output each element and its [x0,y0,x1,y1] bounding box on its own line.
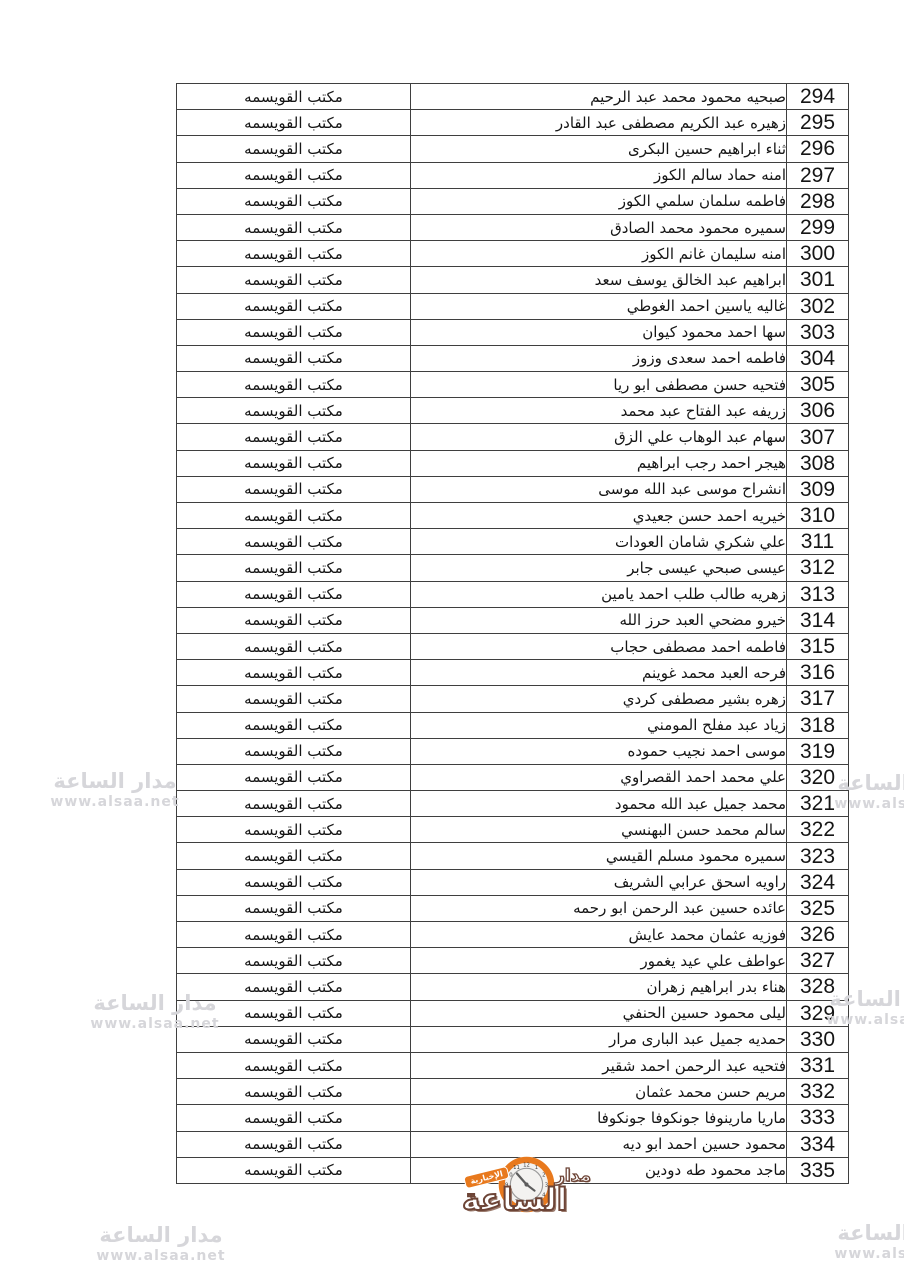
table-row: 325عائده حسين عبد الرحمن ابو رحمهمكتب ال… [177,895,849,921]
row-office-cell: مكتب القويسمه [177,1131,411,1157]
table-row: 322سالم محمد حسن البهنسيمكتب القويسمه [177,817,849,843]
row-name-cell: علي محمد احمد القصراوي [411,764,787,790]
table-row: 294صبحيه محمود محمد عبد الرحيممكتب القوي… [177,84,849,110]
records-table: 294صبحيه محمود محمد عبد الرحيممكتب القوي… [176,83,849,1184]
row-number-cell: 325 [787,895,849,921]
watermark: مدار الساعة www.alsaa.net [40,768,190,812]
row-number-cell: 301 [787,267,849,293]
row-number-cell: 320 [787,764,849,790]
row-office-cell: مكتب القويسمه [177,214,411,240]
row-office-cell: مكتب القويسمه [177,319,411,345]
row-number-cell: 334 [787,1131,849,1157]
row-office-cell: مكتب القويسمه [177,1052,411,1078]
table-row: 298فاطمه سلمان سلمي الكوزمكتب القويسمه [177,188,849,214]
row-number-cell: 324 [787,869,849,895]
table-row: 308هيجر احمد رجب ابراهيممكتب القويسمه [177,450,849,476]
row-name-cell: فتحيه حسن مصطفى ابو ريا [411,372,787,398]
row-name-cell: فوزيه عثمان محمد عايش [411,922,787,948]
table-row: 331فتحيه عبد الرحمن احمد شقيرمكتب القويس… [177,1052,849,1078]
row-office-cell: مكتب القويسمه [177,712,411,738]
row-number-cell: 332 [787,1079,849,1105]
table-row: 305فتحيه حسن مصطفى ابو ريامكتب القويسمه [177,372,849,398]
table-row: 309انشراح موسى عبد الله موسىمكتب القويسم… [177,476,849,502]
row-number-cell: 296 [787,136,849,162]
row-name-cell: هيجر احمد رجب ابراهيم [411,450,787,476]
row-number-cell: 318 [787,712,849,738]
watermark-text: مدار الساعة [824,1220,904,1246]
row-number-cell: 319 [787,738,849,764]
row-number-cell: 302 [787,293,849,319]
row-number-cell: 305 [787,372,849,398]
row-office-cell: مكتب القويسمه [177,1079,411,1105]
row-office-cell: مكتب القويسمه [177,738,411,764]
records-table-body: 294صبحيه محمود محمد عبد الرحيممكتب القوي… [177,84,849,1184]
row-name-cell: موسى احمد نجيب حموده [411,738,787,764]
row-office-cell: مكتب القويسمه [177,162,411,188]
row-office-cell: مكتب القويسمه [177,267,411,293]
row-number-cell: 308 [787,450,849,476]
row-office-cell: مكتب القويسمه [177,1000,411,1026]
row-name-cell: خيريه احمد حسن جعيدي [411,503,787,529]
watermark-text: مدار الساعة [40,768,190,794]
row-office-cell: مكتب القويسمه [177,555,411,581]
table-row: 332مريم حسن محمد عثمانمكتب القويسمه [177,1079,849,1105]
table-row: 316فرحه العبد محمد غوينممكتب القويسمه [177,660,849,686]
row-office-cell: مكتب القويسمه [177,686,411,712]
table-row: 310خيريه احمد حسن جعيديمكتب القويسمه [177,503,849,529]
row-name-cell: امنه سليمان غانم الكوز [411,241,787,267]
row-office-cell: مكتب القويسمه [177,895,411,921]
row-office-cell: مكتب القويسمه [177,450,411,476]
row-office-cell: مكتب القويسمه [177,110,411,136]
logo-title-big: الساعة [462,1182,567,1218]
row-name-cell: زهريه طالب طلب احمد يامين [411,581,787,607]
row-office-cell: مكتب القويسمه [177,84,411,110]
row-number-cell: 304 [787,345,849,371]
row-name-cell: فاطمه احمد سعدى وزوز [411,345,787,371]
row-office-cell: مكتب القويسمه [177,843,411,869]
row-number-cell: 321 [787,791,849,817]
table-row: 333ماريا مارينوفا جونكوفا جونكوفامكتب ال… [177,1105,849,1131]
row-number-cell: 309 [787,476,849,502]
row-office-cell: مكتب القويسمه [177,241,411,267]
row-name-cell: فاطمه احمد مصطفى حجاب [411,633,787,659]
table-row: 314خيرو مضحي العبد حرز اللهمكتب القويسمه [177,607,849,633]
row-name-cell: زريفه عبد الفتاح عبد محمد [411,398,787,424]
row-name-cell: ماريا مارينوفا جونكوفا جونكوفا [411,1105,787,1131]
row-number-cell: 306 [787,398,849,424]
row-name-cell: عائده حسين عبد الرحمن ابو رحمه [411,895,787,921]
table-row: 321محمد جميل عبد الله محمودمكتب القويسمه [177,791,849,817]
table-row: 313زهريه طالب طلب احمد يامينمكتب القويسم… [177,581,849,607]
table-row: 302غاليه ياسين احمد الغوطيمكتب القويسمه [177,293,849,319]
table-row: 324راويه اسحق عرابي الشريفمكتب القويسمه [177,869,849,895]
row-office-cell: مكتب القويسمه [177,1026,411,1052]
row-number-cell: 312 [787,555,849,581]
table-row: 328هناء بدر ابراهيم زهرانمكتب القويسمه [177,974,849,1000]
row-office-cell: مكتب القويسمه [177,345,411,371]
watermark-url: www.alsaa.net [86,1248,236,1266]
row-office-cell: مكتب القويسمه [177,922,411,948]
row-name-cell: فتحيه عبد الرحمن احمد شقير [411,1052,787,1078]
row-name-cell: امنه حماد سالم الكوز [411,162,787,188]
table-row: 297امنه حماد سالم الكوزمكتب القويسمه [177,162,849,188]
row-name-cell: سها احمد محمود كيوان [411,319,787,345]
table-row: 318زياد عبد مفلح المومنيمكتب القويسمه [177,712,849,738]
row-number-cell: 295 [787,110,849,136]
table-row: 330حمديه جميل عبد البارى مرارمكتب القويس… [177,1026,849,1052]
row-name-cell: هناء بدر ابراهيم زهران [411,974,787,1000]
row-office-cell: مكتب القويسمه [177,1105,411,1131]
row-number-cell: 327 [787,948,849,974]
row-number-cell: 297 [787,162,849,188]
table-row: 329ليلى محمود حسين الحنفيمكتب القويسمه [177,1000,849,1026]
row-number-cell: 322 [787,817,849,843]
svg-text:12: 12 [523,1162,530,1168]
row-office-cell: مكتب القويسمه [177,503,411,529]
row-number-cell: 335 [787,1157,849,1183]
row-name-cell: علي شكري شامان العودات [411,529,787,555]
table-row: 304فاطمه احمد سعدى وزوزمكتب القويسمه [177,345,849,371]
row-office-cell: مكتب القويسمه [177,660,411,686]
table-row: 300امنه سليمان غانم الكوزمكتب القويسمه [177,241,849,267]
row-name-cell: صبحيه محمود محمد عبد الرحيم [411,84,787,110]
row-number-cell: 329 [787,1000,849,1026]
row-name-cell: حمديه جميل عبد البارى مرار [411,1026,787,1052]
row-name-cell: زياد عبد مفلح المومني [411,712,787,738]
table-row: 319موسى احمد نجيب حمودهمكتب القويسمه [177,738,849,764]
row-number-cell: 316 [787,660,849,686]
row-office-cell: مكتب القويسمه [177,529,411,555]
table-row: 296ثناء ابراهيم حسين البكرىمكتب القويسمه [177,136,849,162]
table-row: 307سهام عبد الوهاب علي الزقمكتب القويسمه [177,424,849,450]
row-number-cell: 323 [787,843,849,869]
row-number-cell: 311 [787,529,849,555]
row-number-cell: 333 [787,1105,849,1131]
table-row: 320علي محمد احمد القصراويمكتب القويسمه [177,764,849,790]
row-name-cell: غاليه ياسين احمد الغوطي [411,293,787,319]
row-number-cell: 303 [787,319,849,345]
row-name-cell: ابراهيم عبد الخالق يوسف سعد [411,267,787,293]
row-office-cell: مكتب القويسمه [177,424,411,450]
row-name-cell: زهره بشير مصطفى كردي [411,686,787,712]
row-number-cell: 299 [787,214,849,240]
row-number-cell: 328 [787,974,849,1000]
row-office-cell: مكتب القويسمه [177,764,411,790]
table-row: 327عواطف علي عيد يغمورمكتب القويسمه [177,948,849,974]
table-row: 323سميره محمود مسلم القيسيمكتب القويسمه [177,843,849,869]
row-office-cell: مكتب القويسمه [177,476,411,502]
row-office-cell: مكتب القويسمه [177,136,411,162]
svg-text:11: 11 [513,1165,520,1171]
row-name-cell: فرحه العبد محمد غوينم [411,660,787,686]
row-name-cell: سميره محمود مسلم القيسي [411,843,787,869]
watermark-url: www.alsaa.net [824,1246,904,1264]
row-office-cell: مكتب القويسمه [177,1157,411,1183]
row-name-cell: محمد جميل عبد الله محمود [411,791,787,817]
svg-text:2: 2 [542,1172,545,1178]
row-name-cell: زهيره عبد الكريم مصطفى عبد القادر [411,110,787,136]
row-number-cell: 317 [787,686,849,712]
row-office-cell: مكتب القويسمه [177,188,411,214]
row-number-cell: 310 [787,503,849,529]
row-name-cell: انشراح موسى عبد الله موسى [411,476,787,502]
row-name-cell: سالم محمد حسن البهنسي [411,817,787,843]
row-office-cell: مكتب القويسمه [177,817,411,843]
table-row: 326فوزيه عثمان محمد عايشمكتب القويسمه [177,922,849,948]
row-office-cell: مكتب القويسمه [177,974,411,1000]
table-row: 295زهيره عبد الكريم مصطفى عبد القادرمكتب… [177,110,849,136]
row-office-cell: مكتب القويسمه [177,372,411,398]
row-name-cell: سهام عبد الوهاب علي الزق [411,424,787,450]
row-name-cell: مريم حسن محمد عثمان [411,1079,787,1105]
table-row: 301ابراهيم عبد الخالق يوسف سعدمكتب القوي… [177,267,849,293]
table-row: 311علي شكري شامان العوداتمكتب القويسمه [177,529,849,555]
row-office-cell: مكتب القويسمه [177,869,411,895]
row-name-cell: راويه اسحق عرابي الشريف [411,869,787,895]
row-office-cell: مكتب القويسمه [177,791,411,817]
row-name-cell: سميره محمود محمد الصادق [411,214,787,240]
row-name-cell: عواطف علي عيد يغمور [411,948,787,974]
table-row: 317زهره بشير مصطفى كرديمكتب القويسمه [177,686,849,712]
row-number-cell: 307 [787,424,849,450]
row-office-cell: مكتب القويسمه [177,398,411,424]
watermark: مدار الساعة www.alsaa.net [86,1222,236,1266]
row-name-cell: فاطمه سلمان سلمي الكوز [411,188,787,214]
row-number-cell: 313 [787,581,849,607]
row-number-cell: 300 [787,241,849,267]
scanned-document-page: { "page": { "background": "#ffffff" }, "… [0,0,904,1280]
row-number-cell: 294 [787,84,849,110]
row-name-cell: ثناء ابراهيم حسين البكرى [411,136,787,162]
row-name-cell: عيسى صبحي عيسى جابر [411,555,787,581]
table-row: 312عيسى صبحي عيسى جابرمكتب القويسمه [177,555,849,581]
watermark-text: مدار الساعة [86,1222,236,1248]
row-number-cell: 298 [787,188,849,214]
svg-text:1: 1 [535,1165,538,1171]
table-row: 303سها احمد محمود كيوانمكتب القويسمه [177,319,849,345]
watermark-url: www.alsaa.net [40,794,190,812]
row-office-cell: مكتب القويسمه [177,293,411,319]
table-row: 306زريفه عبد الفتاح عبد محمدمكتب القويسم… [177,398,849,424]
madar-alsaa-logo: 121234567891011 الإخبارية مدار الساعة [458,1150,608,1230]
row-office-cell: مكتب القويسمه [177,581,411,607]
row-number-cell: 315 [787,633,849,659]
table-row: 299سميره محمود محمد الصادقمكتب القويسمه [177,214,849,240]
row-name-cell: ليلى محمود حسين الحنفي [411,1000,787,1026]
row-number-cell: 331 [787,1052,849,1078]
row-number-cell: 314 [787,607,849,633]
row-office-cell: مكتب القويسمه [177,633,411,659]
row-number-cell: 326 [787,922,849,948]
row-office-cell: مكتب القويسمه [177,607,411,633]
row-office-cell: مكتب القويسمه [177,948,411,974]
row-name-cell: خيرو مضحي العبد حرز الله [411,607,787,633]
table-row: 315فاطمه احمد مصطفى حجابمكتب القويسمه [177,633,849,659]
row-number-cell: 330 [787,1026,849,1052]
watermark: مدار الساعة www.alsaa.net [824,1220,904,1264]
